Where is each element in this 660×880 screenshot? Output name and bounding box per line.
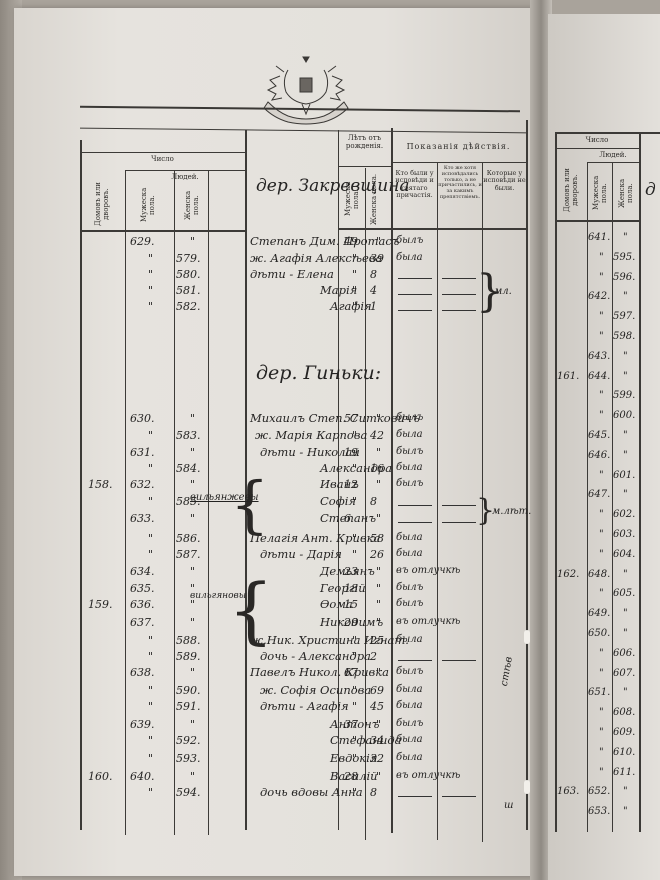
dash-mark — [398, 310, 432, 311]
male-number: " — [148, 734, 153, 747]
confession-status: была — [396, 252, 423, 263]
note: ш — [504, 800, 513, 811]
person-name: дѣти - Елена — [250, 267, 334, 281]
male-number: " — [148, 268, 153, 281]
age-female: " — [376, 446, 381, 459]
male-number: 648. — [588, 569, 610, 580]
dash-mark — [442, 505, 476, 506]
male-number: " — [148, 252, 153, 265]
age-female: " — [376, 412, 381, 425]
age-male: " — [352, 734, 357, 747]
female-number: 598. — [613, 331, 635, 342]
male-number: " — [599, 747, 604, 758]
confession-status: въ отлучкѣ — [396, 616, 460, 627]
person-name: дѣти - Агафія — [260, 699, 349, 713]
age-male: 6 — [344, 512, 351, 525]
age-male: 12 — [344, 478, 358, 491]
dash-mark — [398, 522, 432, 523]
age-male: 29 — [344, 616, 358, 629]
dash-mark — [398, 796, 432, 797]
age-male: " — [352, 786, 357, 799]
age-male: " — [352, 634, 357, 647]
female-number: 581. — [176, 284, 201, 297]
age-male: 23 — [344, 565, 358, 578]
male-number: " — [148, 300, 153, 313]
header-lyudei: Людей. — [125, 173, 245, 181]
male-number: " — [148, 786, 153, 799]
female-number: " — [623, 450, 628, 461]
header-line — [125, 170, 245, 171]
header-zhen: Женска пола. — [184, 182, 198, 228]
brace: { — [228, 574, 274, 646]
age-female: 2 — [370, 650, 377, 663]
confession-status: была — [396, 700, 423, 711]
dash-mark — [398, 294, 432, 295]
male-number: 631. — [130, 446, 155, 459]
age-female: 8 — [370, 786, 377, 799]
confession-status: былъ — [396, 582, 423, 593]
confession-status: въ отлучкѣ — [396, 565, 460, 576]
male-number: 646. — [588, 450, 610, 461]
house-number: 159. — [88, 598, 113, 611]
female-number: " — [623, 232, 628, 243]
age-female: " — [376, 478, 381, 491]
female-number: " — [190, 478, 195, 491]
header-let: Лѣтъ отъ рожденія. — [338, 134, 391, 150]
female-number: " — [623, 430, 628, 441]
confession-status: была — [396, 462, 423, 473]
age-female: " — [376, 616, 381, 629]
header-muzh: Мужеска пола. — [140, 182, 154, 228]
male-number: 651. — [588, 687, 610, 698]
dash-mark — [442, 278, 476, 279]
female-number: 609. — [613, 727, 635, 738]
brace: { — [230, 474, 269, 536]
age-male: 18 — [344, 582, 358, 595]
house-number: 162. — [557, 569, 579, 580]
female-number: " — [623, 806, 628, 817]
age-male: " — [352, 268, 357, 281]
header-line — [555, 148, 639, 149]
female-number: 608. — [613, 707, 635, 718]
female-number: 610. — [613, 747, 635, 758]
age-male: " — [352, 650, 357, 663]
age-female: 8 — [370, 268, 377, 281]
person-name: Георгій — [320, 581, 366, 595]
male-number: 650. — [588, 628, 610, 639]
header-ispoved-ne-prich: Кто же хотя исповѣдались только, а не пр… — [438, 166, 482, 201]
female-number: 603. — [613, 529, 635, 540]
confession-status: былъ — [396, 598, 423, 609]
confession-status: былъ — [396, 412, 423, 423]
age-male: " — [352, 684, 357, 697]
male-number: " — [599, 252, 604, 263]
confession-status: былъ — [396, 446, 423, 457]
confession-status: былъ — [396, 235, 423, 246]
age-female: 26 — [370, 548, 384, 561]
female-number: 602. — [613, 509, 635, 520]
dash-mark — [442, 294, 476, 295]
person-name: Стефанида — [330, 733, 402, 747]
age-female: 42 — [370, 429, 384, 442]
male-number: " — [599, 668, 604, 679]
female-number: " — [190, 235, 195, 248]
female-number: 579. — [176, 252, 201, 265]
female-number: 596. — [613, 272, 635, 283]
female-number: 599. — [613, 390, 635, 401]
age-male: " — [352, 462, 357, 475]
age-male: " — [352, 532, 357, 545]
note: стѣв — [499, 656, 515, 687]
house-number: 163. — [557, 786, 579, 797]
male-number: " — [599, 331, 604, 342]
age-female: 58 — [370, 532, 384, 545]
dash-mark — [442, 522, 476, 523]
person-name: Агафія — [330, 299, 372, 313]
person-name: Михаилъ Степ. Ситковичъ — [250, 411, 420, 425]
age-female: 8 — [370, 495, 377, 508]
female-number: 580. — [176, 268, 201, 281]
male-number: 652. — [588, 786, 610, 797]
male-number: 640. — [130, 770, 155, 783]
person-name: дочь вдовы Анна — [260, 785, 363, 799]
header-domov: Домовъ или дворовъ. — [94, 180, 110, 228]
age-male: " — [352, 284, 357, 297]
male-number: " — [148, 284, 153, 297]
binding-hole — [524, 630, 530, 644]
header-muzh: Мужеска пола. — [592, 168, 606, 218]
age-female: " — [376, 582, 381, 595]
person-name: дѣти - Дарія — [260, 547, 342, 561]
female-number: 589. — [176, 650, 201, 663]
male-number: " — [148, 650, 153, 663]
header-domov: Домовъ или дворовъ. — [563, 162, 579, 218]
age-male: " — [352, 252, 357, 265]
header-bottom-line — [338, 228, 526, 230]
age-female: " — [376, 235, 381, 248]
age-male: 67 — [344, 666, 358, 679]
male-number: 645. — [588, 430, 610, 441]
male-number: " — [599, 311, 604, 322]
age-male: " — [352, 548, 357, 561]
age-female: 16 — [370, 462, 384, 475]
person-name: ж. Марія Карпова — [255, 428, 367, 442]
female-number: 606. — [613, 648, 635, 659]
female-number: " — [623, 786, 628, 797]
female-number: " — [190, 718, 195, 731]
male-number: 636. — [130, 598, 155, 611]
age-male: 15 — [344, 598, 358, 611]
dash-mark — [398, 505, 432, 506]
male-number: 632. — [130, 478, 155, 491]
group-label: вильянжевы — [190, 492, 259, 503]
male-number: " — [599, 767, 604, 778]
male-number: 641. — [588, 232, 610, 243]
house-number: 160. — [88, 770, 113, 783]
male-number: 630. — [130, 412, 155, 425]
female-number: " — [190, 446, 195, 459]
female-number: " — [190, 666, 195, 679]
female-number: 605. — [613, 588, 635, 599]
age-male: " — [352, 300, 357, 313]
age-female: 45 — [370, 700, 384, 713]
female-number: 590. — [176, 684, 201, 697]
col-divider — [639, 132, 641, 832]
house-number: 161. — [557, 371, 579, 382]
male-number: " — [599, 470, 604, 481]
note: мл. — [494, 286, 512, 297]
female-number: " — [190, 565, 195, 578]
confession-status: была — [396, 684, 423, 695]
male-number: " — [599, 509, 604, 520]
female-number: " — [190, 616, 195, 629]
table-border-left — [80, 140, 82, 830]
age-male: " — [352, 495, 357, 508]
male-number: 644. — [588, 371, 610, 382]
age-female: " — [376, 770, 381, 783]
binding-hole — [524, 780, 530, 794]
person-name: Пелагія Ант. Кривка — [250, 531, 380, 545]
header-bottom-line — [80, 230, 245, 232]
col-divider — [437, 162, 438, 840]
header-ne-byli: Которые у исповѣди не были. — [483, 170, 526, 192]
age-female: " — [376, 565, 381, 578]
person-name: ж. Агафія Алексѣева — [250, 251, 382, 265]
female-number: " — [623, 371, 628, 382]
female-number: 604. — [613, 549, 635, 560]
header-top-line — [555, 132, 660, 134]
male-number: 642. — [588, 291, 610, 302]
female-number: " — [623, 291, 628, 302]
age-female: " — [376, 718, 381, 731]
header-line — [391, 162, 526, 163]
age-male: " — [352, 752, 357, 765]
female-number: " — [190, 512, 195, 525]
female-number: " — [190, 412, 195, 425]
male-number: " — [599, 648, 604, 659]
male-number: 649. — [588, 608, 610, 619]
female-number: " — [623, 489, 628, 500]
female-number: 594. — [176, 786, 201, 799]
male-number: 638. — [130, 666, 155, 679]
male-number: " — [148, 548, 153, 561]
female-number: 588. — [176, 634, 201, 647]
male-number: " — [599, 727, 604, 738]
age-female: 25 — [370, 634, 384, 647]
header-zhen: Женска пола. — [618, 168, 632, 218]
double-headed-eagle-icon — [258, 52, 354, 132]
female-number: " — [623, 608, 628, 619]
age-male: 19 — [344, 446, 358, 459]
header-pokazaniya: Показанія дѣйствія. — [391, 142, 526, 151]
header-chislo: Число — [80, 155, 245, 163]
age-female: 32 — [370, 752, 384, 765]
table-border-right — [526, 120, 528, 830]
dash-mark — [442, 796, 476, 797]
male-number: " — [599, 588, 604, 599]
female-number: " — [623, 687, 628, 698]
header-chislo: Число — [555, 136, 639, 144]
age-female: " — [376, 512, 381, 525]
age-male: " — [352, 429, 357, 442]
female-number: 584. — [176, 462, 201, 475]
female-number: " — [623, 351, 628, 362]
female-number: 597. — [613, 311, 635, 322]
female-number: 595. — [613, 252, 635, 263]
female-number: 600. — [613, 410, 635, 421]
male-number: " — [599, 529, 604, 540]
dash-mark — [442, 660, 476, 661]
male-number: " — [599, 390, 604, 401]
male-number: " — [599, 410, 604, 421]
age-male: 49 — [344, 235, 358, 248]
age-female: 34 — [370, 734, 384, 747]
house-number: 158. — [88, 478, 113, 491]
male-number: " — [599, 707, 604, 718]
col-divider — [125, 170, 126, 835]
confession-status: былъ — [396, 666, 423, 677]
male-number: " — [599, 549, 604, 560]
confession-status: была — [396, 634, 423, 645]
male-number: " — [148, 634, 153, 647]
male-number: 637. — [130, 616, 155, 629]
male-number: " — [599, 272, 604, 283]
confession-status: въ отлучкѣ — [396, 770, 460, 781]
age-male: " — [352, 700, 357, 713]
col-divider — [174, 170, 175, 835]
confession-status: была — [396, 752, 423, 763]
header-line — [587, 162, 639, 163]
dash-mark — [442, 310, 476, 311]
confession-status: былъ — [396, 478, 423, 489]
female-number: 607. — [613, 668, 635, 679]
header-line — [338, 166, 391, 167]
age-male: 28 — [344, 770, 358, 783]
female-number: 583. — [176, 429, 201, 442]
dash-mark — [398, 660, 432, 661]
confession-status: была — [396, 429, 423, 440]
group-label: вильгяновы — [190, 592, 230, 602]
male-number: " — [148, 684, 153, 697]
male-number: 647. — [588, 489, 610, 500]
male-number: " — [148, 700, 153, 713]
age-female: " — [376, 598, 381, 611]
male-number: 634. — [130, 565, 155, 578]
female-number: 586. — [176, 532, 201, 545]
male-number: 629. — [130, 235, 155, 248]
female-number: " — [623, 628, 628, 639]
right-page-table: Число Людей. Домовъ или дворовъ. Мужеска… — [555, 132, 660, 832]
village-title-partial: д — [645, 180, 656, 200]
age-female: " — [376, 666, 381, 679]
female-number: " — [190, 770, 195, 783]
header-lyudei: Людей. — [587, 151, 639, 159]
age-female: 69 — [370, 684, 384, 697]
age-male: 37 — [344, 718, 358, 731]
table-border-left — [555, 132, 557, 832]
female-number: 582. — [176, 300, 201, 313]
confession-status: былъ — [396, 718, 423, 729]
female-number: 592. — [176, 734, 201, 747]
village-title: дер. Гиньки: — [256, 362, 381, 384]
male-number: 635. — [130, 582, 155, 595]
confession-status: была — [396, 548, 423, 559]
person-name: ж.Ник. Христина Игнат. — [250, 633, 409, 647]
person-name: Софія — [320, 494, 356, 508]
male-number: 633. — [130, 512, 155, 525]
register-table: Число Людей. Домовъ или дворовъ. Мужеска… — [80, 140, 528, 830]
male-number: 653. — [588, 806, 610, 817]
age-female: 39 — [370, 252, 384, 265]
male-number: " — [148, 532, 153, 545]
note: м.лѣт. — [492, 506, 531, 517]
age-female: 4 — [370, 284, 377, 297]
header-bottom-line — [555, 220, 639, 222]
male-number: 643. — [588, 351, 610, 362]
person-name: Павелъ Никол. Кривка — [250, 665, 389, 679]
male-number: " — [148, 429, 153, 442]
male-number: " — [148, 462, 153, 475]
village-title: дер. Закревщина — [256, 176, 410, 196]
age-male: 57 — [344, 412, 358, 425]
male-number: " — [148, 495, 153, 508]
confession-status: была — [396, 734, 423, 745]
female-number: 587. — [176, 548, 201, 561]
female-number: 593. — [176, 752, 201, 765]
female-number: 601. — [613, 470, 635, 481]
male-number: 639. — [130, 718, 155, 731]
header-line — [80, 152, 245, 153]
female-number: 611. — [613, 767, 635, 778]
confession-status: была — [396, 532, 423, 543]
age-female: 1 — [370, 300, 377, 313]
male-number: " — [148, 752, 153, 765]
female-number: " — [623, 569, 628, 580]
female-number: 591. — [176, 700, 201, 713]
dash-mark — [398, 278, 432, 279]
